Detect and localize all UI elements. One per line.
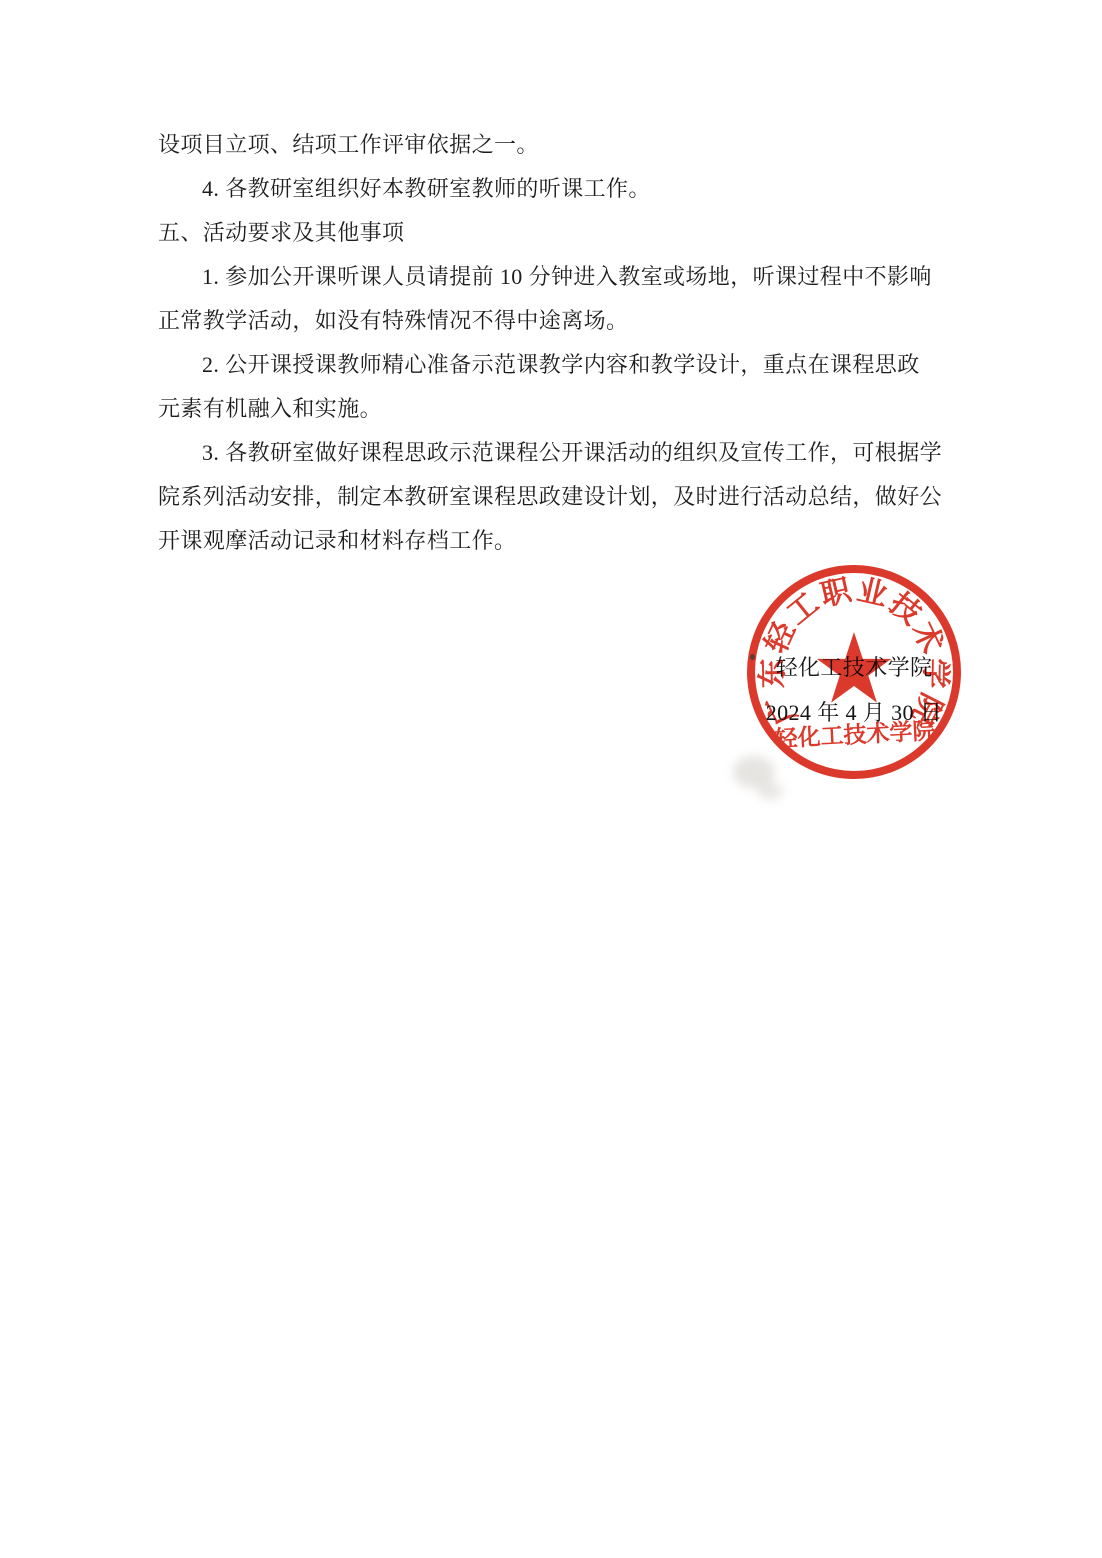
- seal-arc-char: 东: [756, 658, 790, 689]
- seal-arc-char: 学: [918, 658, 952, 689]
- paragraph-line: 4. 各教研室组织好本教研室教师的听课工作。: [158, 167, 948, 211]
- seal-arc-char: 职: [817, 573, 855, 612]
- ink-speck: [750, 654, 755, 660]
- document-page: 设项目立项、结项工作评审依据之一。 4. 各教研室组织好本教研室教师的听课工作。…: [0, 0, 1102, 1558]
- official-seal-stamp: 广 东 轻 工 职 业 技 术 学 院 轻化工技术学院: [734, 552, 974, 792]
- paragraph-line: 3. 各教研室做好课程思政示范课程公开课活动的组织及宣传工作，可根据学: [158, 431, 948, 475]
- section-heading: 五、活动要求及其他事项: [158, 211, 948, 255]
- seal-bottom-text: 轻化工技术学院: [773, 717, 936, 751]
- document-body: 设项目立项、结项工作评审依据之一。 4. 各教研室组织好本教研室教师的听课工作。…: [158, 123, 948, 563]
- seal-arc-char: 业: [854, 574, 891, 613]
- paragraph-line: 1. 参加公开课听课人员请提前 10 分钟进入教室或场地，听课过程中不影响: [158, 255, 948, 299]
- paragraph-line: 院系列活动安排，制定本教研室课程思政建设计划，及时进行活动总结，做好公: [158, 475, 948, 519]
- paragraph-line: 2. 公开课授课教师精心准备示范课教学内容和教学设计，重点在课程思政: [158, 343, 948, 387]
- paragraph-line: 设项目立项、结项工作评审依据之一。: [158, 123, 948, 167]
- paragraph-line: 元素有机融入和实施。: [158, 387, 948, 431]
- seal-star-icon: [817, 632, 891, 703]
- paragraph-line: 正常教学活动，如没有特殊情况不得中途离场。: [158, 299, 948, 343]
- ink-smudge: [757, 782, 783, 800]
